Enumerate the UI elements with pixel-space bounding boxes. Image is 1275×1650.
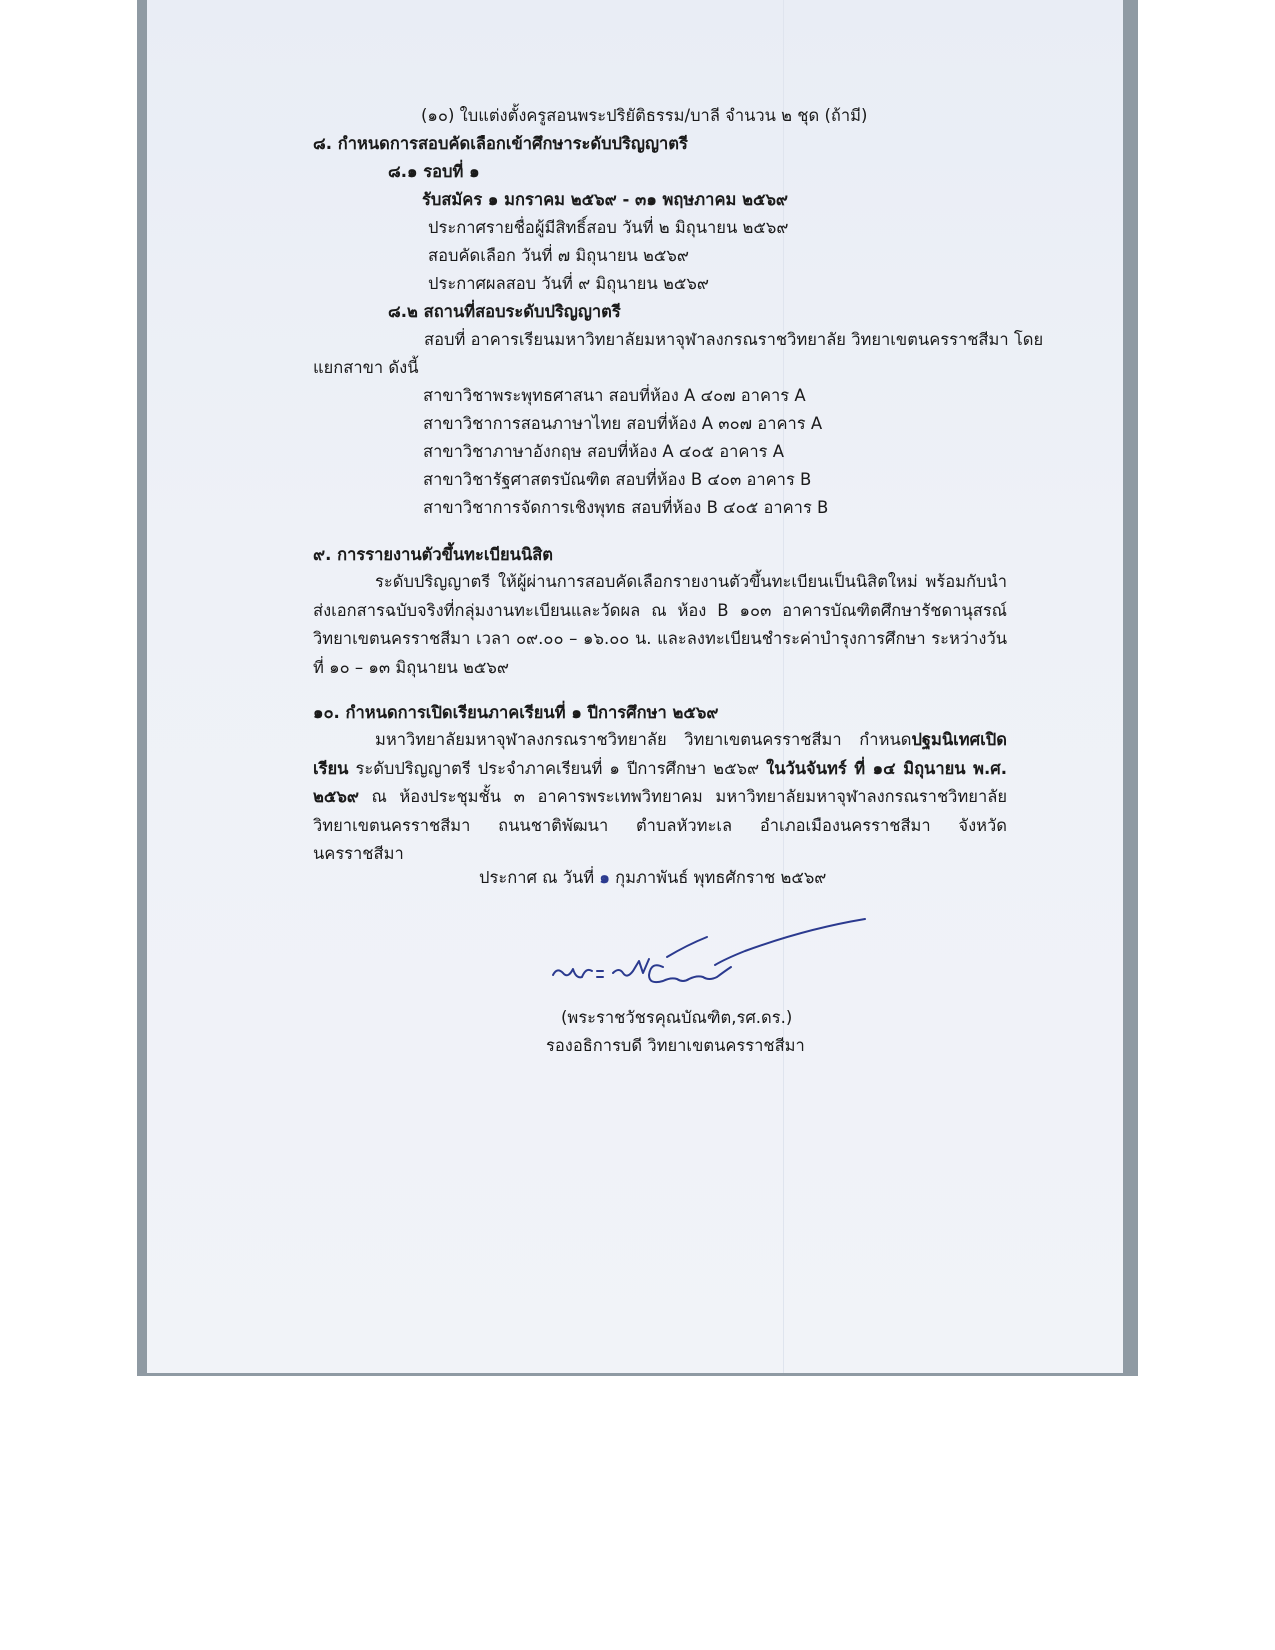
section-8-heading: ๘. กำหนดการสอบคัดเลือกเข้าศึกษาระดับปริญ… [313, 134, 688, 154]
announcement-prefix: ประกาศ ณ วันที่ [479, 868, 599, 887]
section-9-text: ระดับปริญญาตรี ให้ผู้ผ่านการสอบคัดเลือกร… [313, 572, 1007, 677]
exam-room-item: สาขาวิชาการจัดการเชิงพุทธ สอบที่ห้อง B ๔… [423, 498, 828, 518]
signature-mark [545, 915, 875, 1005]
exam-room-item: สาขาวิชารัฐศาสตรบัณฑิต สอบที่ห้อง B ๔๐๓ … [423, 470, 811, 490]
signer-name: (พระราชวัชรคุณบัณฑิต,รศ.ดร.) [561, 1008, 792, 1028]
round-1-heading: ๘.๑ รอบที่ ๑ [388, 162, 480, 182]
section-10-body: มหาวิทยาลัยมหาจุฬาลงกรณราชวิทยาลัย วิทยา… [313, 726, 1007, 869]
schedule-line: สอบคัดเลือก วันที่ ๗ มิถุนายน ๒๕๖๙ [428, 246, 689, 266]
section-10-text: มหาวิทยาลัยมหาจุฬาลงกรณราชวิทยาลัย วิทยา… [375, 730, 911, 749]
section-10-text: ระดับปริญญาตรี ประจำภาคเรียนที่ ๑ ปีการศ… [348, 759, 766, 778]
exam-room-item: สาขาวิชาพระพุทธศาสนา สอบที่ห้อง A ๔๐๗ อา… [423, 386, 806, 406]
handwritten-day: ๑ [599, 868, 609, 887]
section-9-heading: ๙. การรายงานตัวขึ้นทะเบียนนิสิต [313, 545, 553, 565]
signer-title: รองอธิการบดี วิทยาเขตนครราชสีมา [546, 1036, 805, 1056]
venue-intro: สอบที่ อาคารเรียนมหาวิทยาลัยมหาจุฬาลงกรณ… [424, 330, 1007, 350]
section-10-text: ณ ห้องประชุมชั้น ๓ อาคารพระเทพวิทยาคม มห… [313, 787, 1007, 863]
application-period: รับสมัคร ๑ มกราคม ๒๕๖๙ - ๓๑ พฤษภาคม ๒๕๖๙ [422, 190, 788, 210]
venue-intro-cont: แยกสาขา ดังนี้ [313, 358, 418, 378]
announcement-suffix: กุมภาพันธ์ พุทธศักราช ๒๕๖๙ [610, 868, 827, 887]
section-10-heading: ๑๐. กำหนดการเปิดเรียนภาคเรียนที่ ๑ ปีการ… [313, 703, 718, 723]
announcement-date: ประกาศ ณ วันที่ ๑ กุมภาพันธ์ พุทธศักราช … [479, 868, 826, 888]
schedule-line: ประกาศผลสอบ วันที่ ๙ มิถุนายน ๒๕๖๙ [428, 274, 709, 294]
exam-room-item: สาขาวิชาการสอนภาษาไทย สอบที่ห้อง A ๓๐๗ อ… [423, 414, 822, 434]
item-10-sub: (๑๐) ใบแต่งตั้งครูสอนพระปริยัติธรรม/บาลี… [421, 106, 867, 126]
schedule-line: ประกาศรายชื่อผู้มีสิทธิ์สอบ วันที่ ๒ มิถ… [428, 218, 788, 238]
section-9-body: ระดับปริญญาตรี ให้ผู้ผ่านการสอบคัดเลือกร… [313, 568, 1007, 682]
venue-heading: ๘.๒ สถานที่สอบระดับปริญญาตรี [388, 302, 621, 322]
exam-room-item: สาขาวิชาภาษาอังกฤษ สอบที่ห้อง A ๔๐๕ อาคา… [423, 442, 784, 462]
